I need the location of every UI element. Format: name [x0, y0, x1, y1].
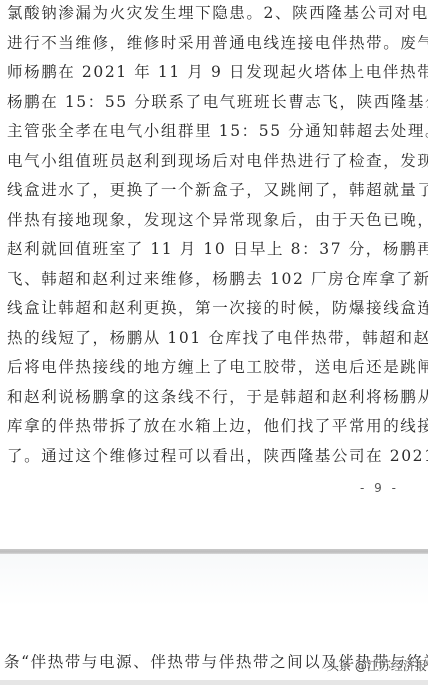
text-line: 师杨鹏在 2021 年 11 月 9 日发现起火塔体上电伴热带出现跳闸，	[7, 59, 423, 89]
text-line: 和赵利说杨鹏拿的这条线不行，于是韩超和赵利将杨鹏从 101 仓	[7, 384, 423, 414]
text-line: 后将电伴热接线的地方缠上了电工胶带，送电后还是跳闸、韩超	[7, 354, 423, 384]
text-line: 进行不当维修，维修时采用普通电线连接电伴热带。废气组工程	[7, 30, 423, 60]
text-line: 热的线短了，杨鹏从 101 仓库找了电伴热带，韩超和赵利接上以	[7, 325, 423, 355]
text-line: 赵利就回值班室了 11 月 10 日早上 8：37 分，杨鹏再次联系曹志	[7, 236, 423, 266]
source-watermark: 头条 @江苏经济报	[327, 657, 427, 674]
text-line: 主管张全孝在电气小组群里 15：55 分通知韩超去处理。韩超和	[7, 118, 423, 148]
text-line: 库拿的伴热带拆了放在水箱上边，他们找了平常用的线接上去	[7, 413, 423, 443]
text-line: 伴热有接地现象，发现这个异常现象后，由于天色已晚，韩超和	[7, 207, 423, 237]
page-bottom-edge	[0, 680, 428, 685]
text-line: 了。通过这个维修过程可以看出，陕西隆基公司在 2021 年 11 月	[7, 443, 423, 473]
text-line: 线盒让韩超和赵利更换，第一次接的时候，防爆接线盒连接电伴	[7, 295, 423, 325]
text-line: 氯酸钠渗漏为火灾发生埋下隐患。2、陕西隆基公司对电伴热带	[7, 0, 423, 30]
page-number: - 9 -	[360, 481, 399, 495]
text-line: 飞、韩超和赵利过来维修，杨鹏去 102 厂房仓库拿了新的防爆接	[7, 266, 423, 296]
text-line: 线盒进水了，更换了一个新盒子，又跳闸了，韩超就量了一下电	[7, 177, 423, 207]
text-line: 电气小组值班员赵利到现场后对电伴热进行了检查，发现防爆接	[7, 148, 423, 178]
text-line: 杨鹏在 15：55 分联系了电气班班长曹志飞，陕西隆基公司电气	[7, 89, 423, 119]
document-page-9: 氯酸钠渗漏为火灾发生埋下隐患。2、陕西隆基公司对电伴热带 进行不当维修，维修时采…	[0, 0, 428, 551]
document-body-text: 氯酸钠渗漏为火灾发生埋下隐患。2、陕西隆基公司对电伴热带 进行不当维修，维修时采…	[7, 0, 423, 472]
